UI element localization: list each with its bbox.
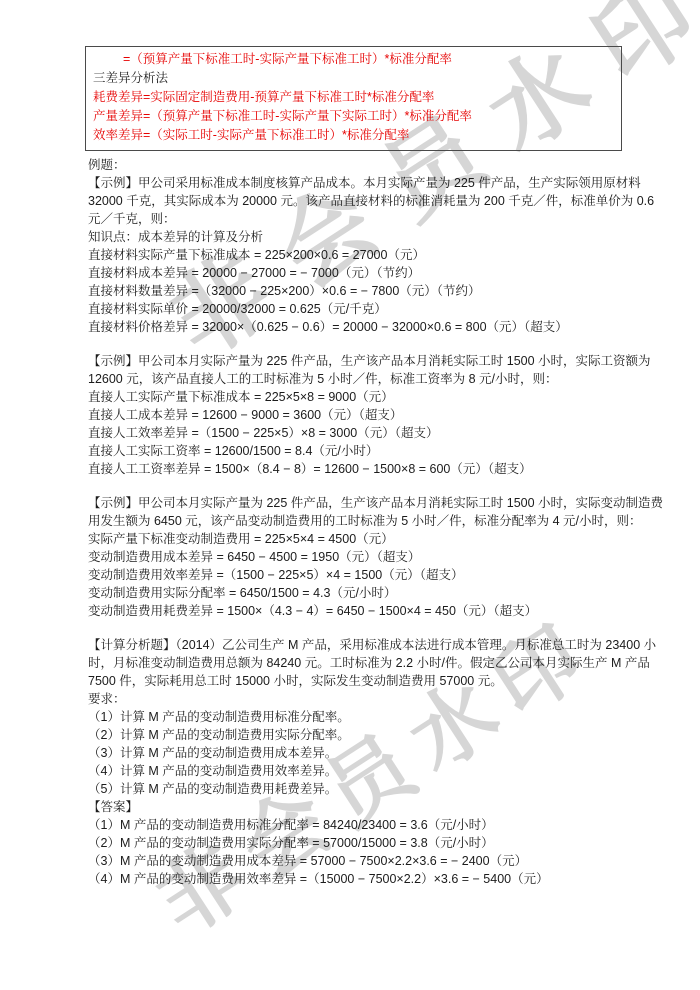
requirement-item: （1）计算 M 产品的变动制造费用标准分配率。 (88, 708, 666, 726)
calc-problem-intro: 【计算分析题】（2014）乙公司生产 M 产品，采用标准成本法进行成本管理。月标… (88, 636, 666, 690)
calc-line: 直接材料价格差异 = 32000×（0.625 − 0.6）= 20000 − … (88, 318, 666, 336)
section-label: 例题： (88, 156, 666, 174)
calc-line: 直接人工成本差异 = 12600 − 9000 = 3600（元）（超支） (88, 406, 666, 424)
calc-line: 直接人工实际产量下标准成本 = 225×5×8 = 9000（元） (88, 388, 666, 406)
answer-line: （3）M 产品的变动制造费用成本差异 = 57000 − 7500×2.2×3.… (88, 852, 666, 870)
calc-line: 变动制造费用成本差异 = 6450 − 4500 = 1950（元）（超支） (88, 548, 666, 566)
formula-line: 产量差异=（预算产量下标准工时-实际产量下实际工时）*标准分配率 (93, 107, 614, 126)
answer-line: （1）M 产品的变动制造费用标准分配率 = 84240/23400 = 3.6（… (88, 816, 666, 834)
requirement-item: （2）计算 M 产品的变动制造费用实际分配率。 (88, 726, 666, 744)
calc-line: 实际产量下标准变动制造费用 = 225×5×4 = 4500（元） (88, 530, 666, 548)
requirement-item: （4）计算 M 产品的变动制造费用效率差异。 (88, 762, 666, 780)
answer-line: （2）M 产品的变动制造费用实际分配率 = 57000/15000 = 3.8（… (88, 834, 666, 852)
requirement-item: （3）计算 M 产品的变动制造费用成本差异。 (88, 744, 666, 762)
calc-line: 直接材料实际产量下标准成本 = 225×200×0.6 = 27000（元） (88, 246, 666, 264)
calc-line: 直接人工工资率差异 = 1500×（8.4 − 8）= 12600 − 1500… (88, 460, 666, 478)
calc-line: 直接材料成本差异 = 20000 − 27000 = − 7000（元）（节约） (88, 264, 666, 282)
example-1-intro: 【示例】甲公司采用标准成本制度核算产品成本。本月实际产量为 225 件产品，生产… (88, 174, 666, 228)
calc-line: 直接材料数量差异 =（32000 − 225×200）×0.6 = − 7800… (88, 282, 666, 300)
formula-line: 三差异分析法 (93, 69, 614, 88)
document-body: 例题：【示例】甲公司采用标准成本制度核算产品成本。本月实际产量为 225 件产品… (88, 156, 666, 888)
document-page: 非会员水印 非会员水印 =（预算产量下标准工时-实际产量下标准工时）*标准分配率… (0, 0, 700, 990)
answer-line: （4）M 产品的变动制造费用效率差异 =（15000 − 7500×2.2）×3… (88, 870, 666, 888)
answer-label: 【答案】 (88, 798, 666, 816)
requirement-item: （5）计算 M 产品的变动制造费用耗费差异。 (88, 780, 666, 798)
calc-line: 直接人工实际工资率 = 12600/1500 = 8.4（元/小时） (88, 442, 666, 460)
calc-line: 直接人工效率差异 =（1500 − 225×5）×8 = 3000（元）（超支） (88, 424, 666, 442)
knowledge-point: 知识点：成本差异的计算及分析 (88, 228, 666, 246)
calc-line: 变动制造费用耗费差异 = 1500×（4.3 − 4）= 6450 − 1500… (88, 602, 666, 620)
example-3-intro: 【示例】甲公司本月实际产量为 225 件产品，生产该产品本月消耗实际工时 150… (88, 494, 666, 530)
calc-line: 变动制造费用实际分配率 = 6450/1500 = 4.3（元/小时） (88, 584, 666, 602)
calc-line: 变动制造费用效率差异 =（1500 − 225×5）×4 = 1500（元）（超… (88, 566, 666, 584)
calc-line: 直接材料实际单价 = 20000/32000 = 0.625（元/千克） (88, 300, 666, 318)
example-2-intro: 【示例】甲公司本月实际产量为 225 件产品，生产该产品本月消耗实际工时 150… (88, 352, 666, 388)
requirements-label: 要求： (88, 690, 666, 708)
formula-line: 效率差异=（实际工时-实际产量下标准工时）*标准分配率 (93, 126, 614, 145)
formula-line: 耗费差异=实际固定制造费用-预算产量下标准工时*标准分配率 (93, 88, 614, 107)
formula-line: =（预算产量下标准工时-实际产量下标准工时）*标准分配率 (93, 50, 614, 69)
formula-box: =（预算产量下标准工时-实际产量下标准工时）*标准分配率三差异分析法耗费差异=实… (85, 46, 622, 151)
